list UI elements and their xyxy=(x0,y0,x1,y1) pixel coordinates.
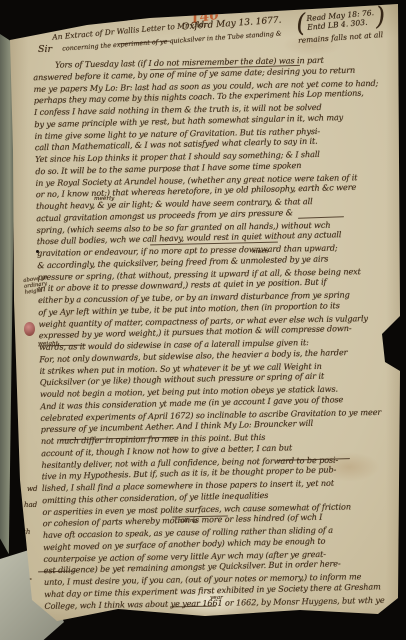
paren-open: ( xyxy=(295,12,307,35)
salutation: Sir xyxy=(38,44,52,55)
interlineation: year xyxy=(210,595,223,601)
interlineation: rolling xyxy=(178,518,197,524)
paren-close: ) xyxy=(374,5,386,28)
wax-seal-spot xyxy=(24,322,35,336)
letter-body: Yors of Tuesday last (if I do not misrem… xyxy=(33,52,406,612)
margin-note: above ye ordinary height xyxy=(23,274,55,296)
margin-word: wd xyxy=(27,485,37,493)
margin-word: th xyxy=(23,528,30,536)
margin-word: had xyxy=(24,501,37,509)
manuscript-photo: { "photo": { "background_color": "#0a080… xyxy=(0,0,406,640)
interlineation: meerly xyxy=(94,196,114,202)
manuscript-page: 140 ( Read May 18: 76. Entd LB 4. 303. )… xyxy=(0,0,406,640)
interlineation: much xyxy=(252,249,268,255)
